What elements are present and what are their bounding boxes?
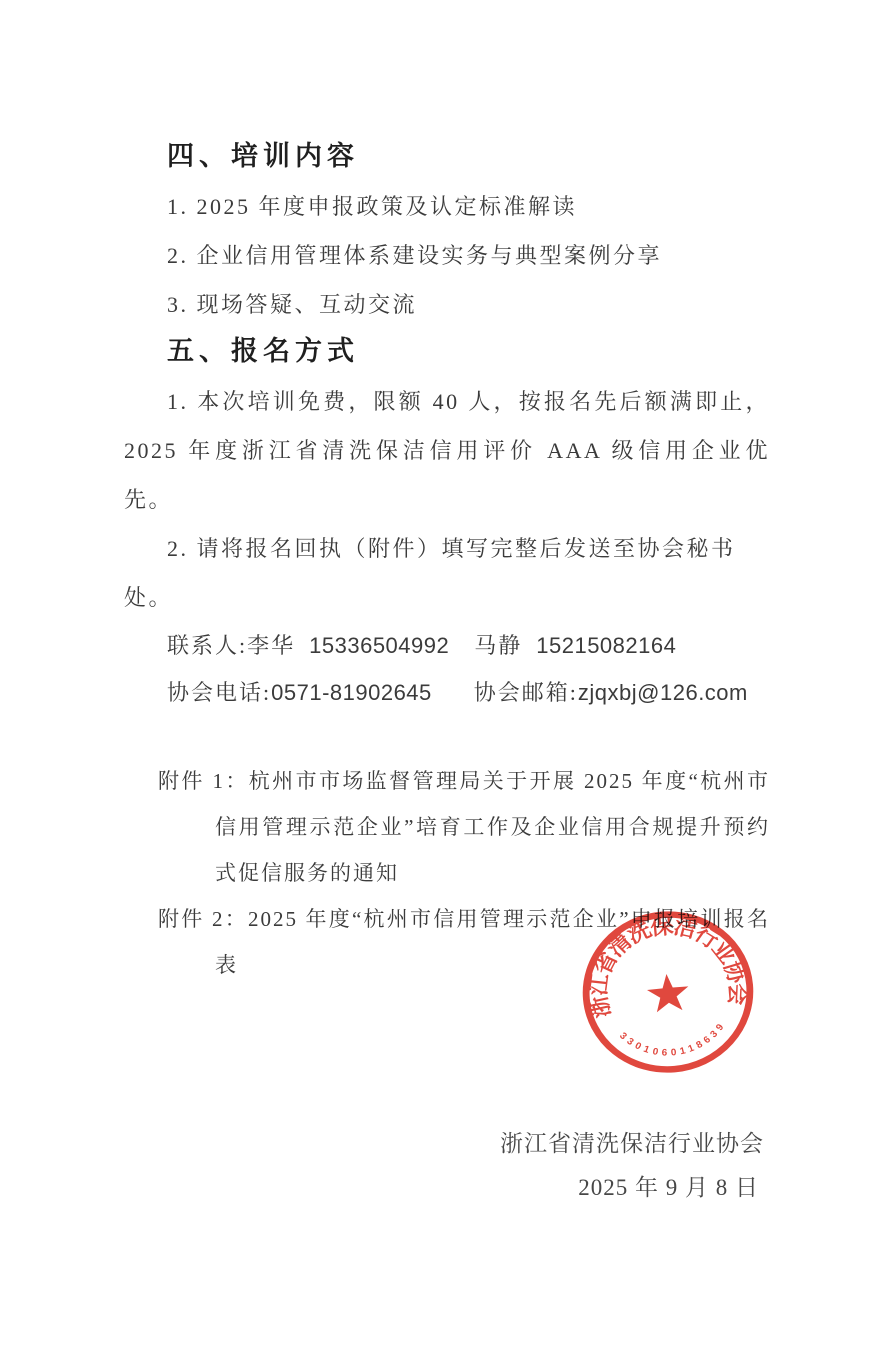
attachment-1-title: 杭州市市场监督管理局关于开展 2025 年度“杭州市信用管理示范企业”培育工作及… [215,769,770,885]
attachment-2-title: 2025 年度“杭州市信用管理示范企业”申报培训报名表 [215,907,770,977]
signature-organization: 浙江省清洗保洁行业协会 [124,1122,764,1166]
contact-phone-2: 15215082164 [536,633,676,658]
section-heading-registration: 五、报名方式 [124,333,770,369]
contact-person-1: 李华 [247,633,295,658]
association-email: zjqxbj@126.com [578,680,748,705]
section-heading-training-content: 四、培训内容 [124,138,770,174]
contact-persons-line: 联系人:李华15336504992马静15215082164 [124,622,770,669]
contact-person-2: 马静 [474,633,522,658]
contact-label: 联系人: [167,633,247,658]
document-page: 四、培训内容 1. 2025 年度申报政策及认定标准解读 2. 企业信用管理体系… [0,0,884,1368]
attachments-block: 附件 1：杭州市市场监督管理局关于开展 2025 年度“杭州市信用管理示范企业”… [124,758,770,988]
association-contact-line: 协会电话:0571-81902645协会邮箱:zjqxbj@126.com [124,669,770,716]
document-body: 四、培训内容 1. 2025 年度申报政策及认定标准解读 2. 企业信用管理体系… [124,138,770,1210]
signature-block: 浙江省清洗保洁行业协会 2025 年 9 月 8 日 [124,1122,770,1210]
registration-paragraph-2: 2. 请将报名回执（附件）填写完整后发送至协会秘书处。 [124,524,770,622]
association-phone: 0571-81902645 [271,680,432,705]
training-item-3: 3. 现场答疑、互动交流 [124,280,770,329]
attachment-1-label: 附件 1： [158,769,249,793]
signature-date: 2025 年 9 月 8 日 [124,1166,759,1210]
attachment-2-label: 附件 2： [158,907,248,931]
association-phone-label: 协会电话: [167,680,271,705]
association-email-label: 协会邮箱: [474,680,578,705]
attachment-1: 附件 1：杭州市市场监督管理局关于开展 2025 年度“杭州市信用管理示范企业”… [124,758,770,896]
contact-phone-1: 15336504992 [309,633,449,658]
training-item-1: 1. 2025 年度申报政策及认定标准解读 [124,182,770,231]
registration-paragraph-1: 1. 本次培训免费，限额 40 人，按报名先后额满即止，2025 年度浙江省清洗… [124,377,770,524]
attachment-2: 附件 2：2025 年度“杭州市信用管理示范企业”申报培训报名表 [124,896,770,988]
training-item-2: 2. 企业信用管理体系建设实务与典型案例分享 [124,231,770,280]
